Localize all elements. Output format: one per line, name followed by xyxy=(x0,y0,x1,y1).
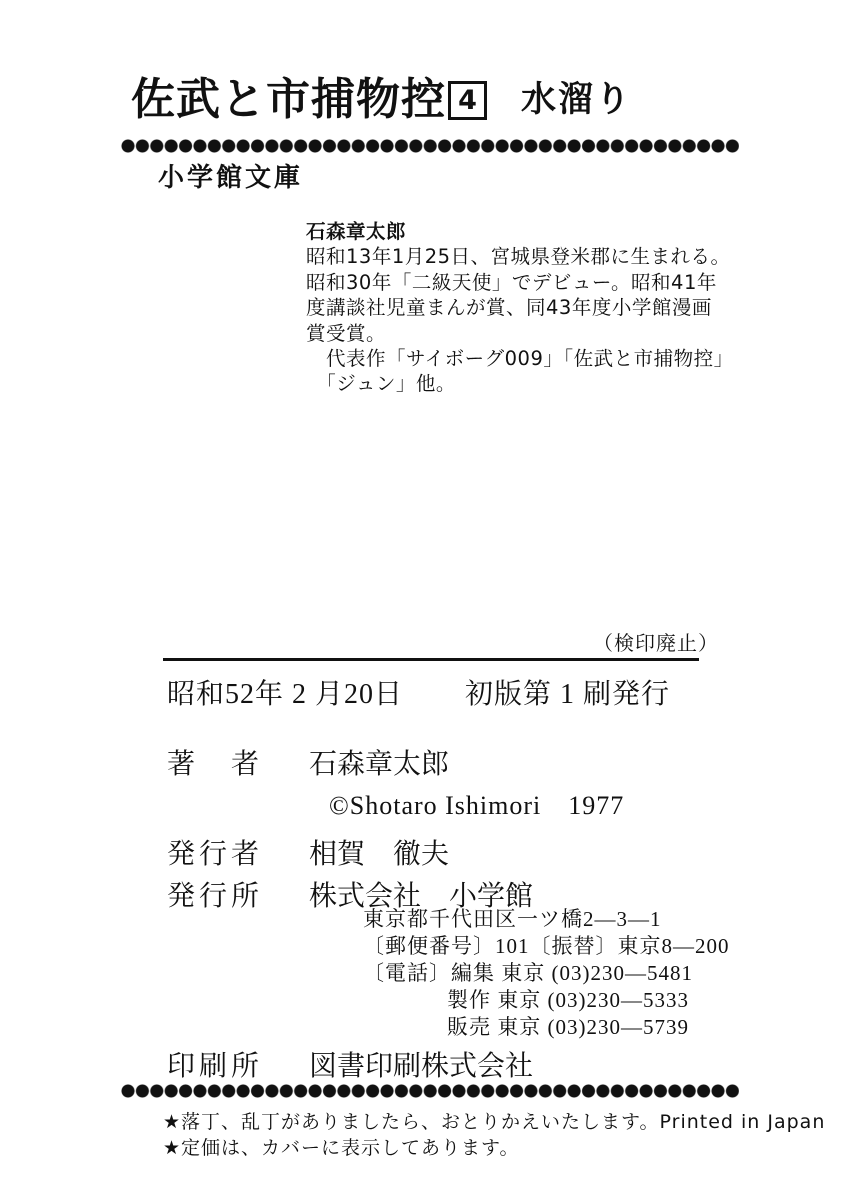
author-bio-line: 「ジュン」他。 xyxy=(306,371,756,396)
author-bio-name: 石森章太郎 xyxy=(306,219,756,244)
dotted-rule-bottom xyxy=(121,1084,739,1098)
copyright-line: ©Shotaro Ishimori 1977 xyxy=(329,785,624,822)
address-line: 東京都千代田区一ツ橋2—3—1 xyxy=(363,906,730,933)
author-label: 著 者 xyxy=(167,742,309,782)
dotted-rule-top xyxy=(121,139,739,153)
phone-editorial-line: 〔電話〕編集 東京 (03)230—5481 xyxy=(363,960,730,987)
printer-row: 印刷所 図書印刷株式会社 xyxy=(167,1044,533,1084)
edition-row: 昭和52年 2 月20日 初版第 1 刷発行 xyxy=(167,672,707,712)
book-title-main: 佐武と市捕物控 xyxy=(131,78,446,122)
author-bio-line: 度講談社児童まんが賞、同43年度小学館漫画 xyxy=(306,295,756,320)
defect-exchange-note-row: ★落丁、乱丁がありましたら、おとりかえいたします。 Printed in Jap… xyxy=(163,1109,741,1135)
publisher-row: 発行者 相賀 徹夫 xyxy=(167,832,449,872)
printing-statement: 初版第 1 刷発行 xyxy=(465,672,670,712)
publication-date: 昭和52年 2 月20日 xyxy=(167,672,403,712)
volume-number-box: 4 xyxy=(448,81,487,120)
defect-exchange-note: ★落丁、乱丁がありましたら、おとりかえいたします。 xyxy=(163,1109,660,1135)
author-bio-line: 賞受賞。 xyxy=(306,321,756,346)
bottom-notes: ★落丁、乱丁がありましたら、おとりかえいたします。 Printed in Jap… xyxy=(163,1109,741,1161)
author-bio-line: 昭和13年1月25日、宮城県登米郡に生まれる。 xyxy=(306,244,756,269)
publisher-label: 発行者 xyxy=(167,832,309,872)
author-bio-line: 昭和30年「二級天使」でデビュー。昭和41年 xyxy=(306,270,756,295)
publisher-name: 相賀 徹夫 xyxy=(309,832,449,872)
seal-abolition-note: （検印廃止） xyxy=(593,627,719,656)
author-name: 石森章太郎 xyxy=(309,742,449,782)
printer-label: 印刷所 xyxy=(167,1044,309,1084)
author-bio-line: 代表作「サイボーグ009」「佐武と市捕物控」 xyxy=(306,346,756,371)
author-bio: 石森章太郎 昭和13年1月25日、宮城県登米郡に生まれる。 昭和30年「二級天使… xyxy=(306,219,756,397)
phone-sales-line: 販売 東京 (03)230—5739 xyxy=(363,1014,730,1041)
book-title: 佐武と市捕物控 4 水溜り xyxy=(131,78,632,122)
postal-transfer-line: 〔郵便番号〕101〔振替〕東京8—200 xyxy=(363,933,730,960)
publishing-house-label: 発行所 xyxy=(167,874,309,914)
publisher-address-block: 東京都千代田区一ツ橋2—3—1 〔郵便番号〕101〔振替〕東京8—200 〔電話… xyxy=(363,906,730,1041)
printed-in-japan-label: Printed in Japan xyxy=(660,1109,826,1135)
imprint-name: 小学館文庫 xyxy=(158,157,303,194)
author-row: 著 者 石森章太郎 xyxy=(167,742,449,782)
printer-name: 図書印刷株式会社 xyxy=(309,1044,533,1084)
phone-production-line: 製作 東京 (03)230—5333 xyxy=(363,987,730,1014)
horizontal-rule xyxy=(163,658,699,661)
price-note: ★定価は、カバーに表示してあります。 xyxy=(163,1135,520,1161)
colophon-page: 佐武と市捕物控 4 水溜り 小学館文庫 石森章太郎 昭和13年1月25日、宮城県… xyxy=(0,0,851,1200)
book-subtitle: 水溜り xyxy=(521,83,632,118)
price-note-row: ★定価は、カバーに表示してあります。 xyxy=(163,1135,741,1161)
